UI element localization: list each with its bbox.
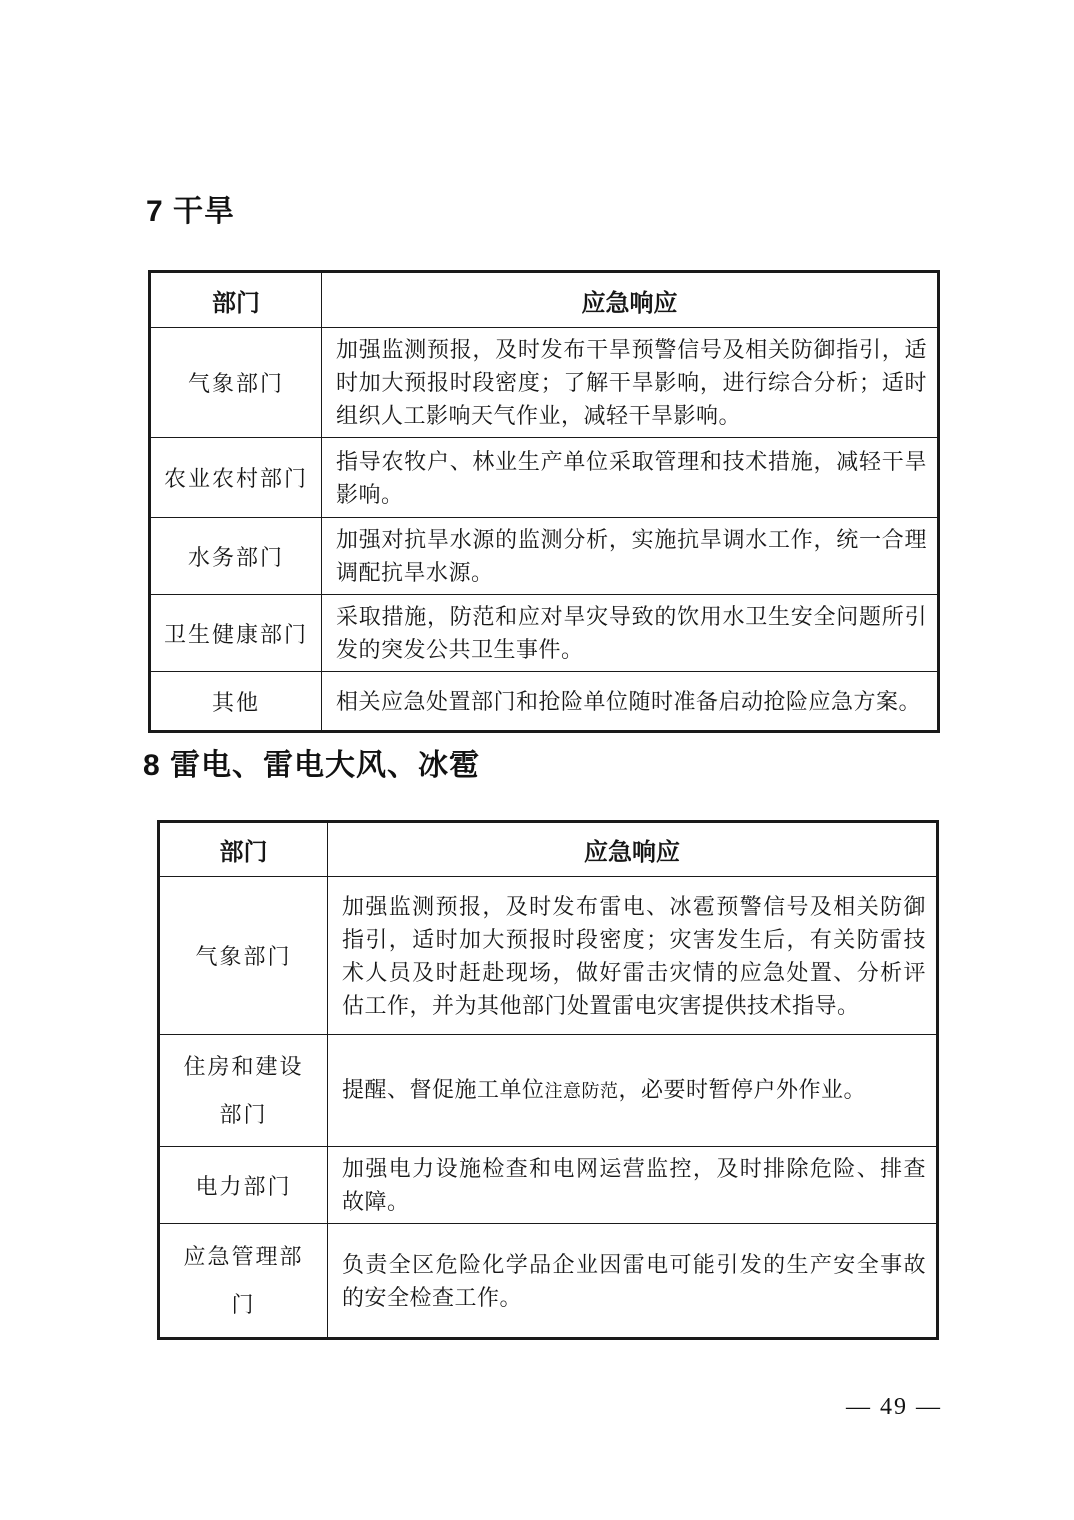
response-text: 提醒、督促施工单位 — [342, 1077, 545, 1102]
section-heading-lightning: 8 雷电、雷电大风、冰雹 — [143, 748, 480, 784]
table-row: 卫生健康部门 采取措施，防范和应对旱灾导致的饮用水卫生安全问题所引发的突发公共卫… — [150, 595, 939, 672]
response-cell: 负责全区危险化学品企业因雷电可能引发的生产安全事故的安全检查工作。 — [328, 1224, 938, 1339]
response-cell: 采取措施，防范和应对旱灾导致的饮用水卫生安全问题所引发的突发公共卫生事件。 — [322, 595, 939, 672]
document-page: 7 干旱 部门 应急响应 气象部门 加强监测预报，及时发布干旱预警信号及相关防御… — [0, 0, 1074, 1520]
response-cell: 加强对抗旱水源的监测分析，实施抗旱调水工作，统一合理调配抗旱水源。 — [322, 518, 939, 595]
department-cell: 住房和建设 部门 — [159, 1035, 328, 1147]
drought-response-table: 部门 应急响应 气象部门 加强监测预报，及时发布干旱预警信号及相关防御指引，适时… — [148, 270, 940, 733]
response-cell: 加强监测预报，及时发布雷电、冰雹预警信号及相关防御指引，适时加大预报时段密度；灾… — [328, 877, 938, 1035]
table-row: 其他 相关应急处置部门和抢险单位随时准备启动抢险应急方案。 — [150, 672, 939, 732]
response-cell: 相关应急处置部门和抢险单位随时准备启动抢险应急方案。 — [322, 672, 939, 732]
department-cell: 卫生健康部门 — [150, 595, 322, 672]
response-cell: 指导农牧户、林业生产单位采取管理和技术措施，减轻干旱影响。 — [322, 438, 939, 518]
department-cell: 农业农村部门 — [150, 438, 322, 518]
response-cell: 提醒、督促施工单位注意防范，必要时暂停户外作业。 — [328, 1035, 938, 1147]
response-cell: 加强监测预报，及时发布干旱预警信号及相关防御指引，适时加大预报时段密度；了解干旱… — [322, 328, 939, 438]
table-row: 水务部门 加强对抗旱水源的监测分析，实施抗旱调水工作，统一合理调配抗旱水源。 — [150, 518, 939, 595]
table-row: 气象部门 加强监测预报，及时发布雷电、冰雹预警信号及相关防御指引，适时加大预报时… — [159, 877, 938, 1035]
department-cell: 气象部门 — [159, 877, 328, 1035]
department-cell: 应急管理部 门 — [159, 1224, 328, 1339]
department-cell: 电力部门 — [159, 1147, 328, 1224]
department-cell: 水务部门 — [150, 518, 322, 595]
table-row: 电力部门 加强电力设施检查和电网运营监控，及时排除危险、排查故障。 — [159, 1147, 938, 1224]
response-cell: 加强电力设施检查和电网运营监控，及时排除危险、排查故障。 — [328, 1147, 938, 1224]
column-header-department: 部门 — [150, 272, 322, 328]
table-header-row: 部门 应急响应 — [150, 272, 939, 328]
column-header-response: 应急响应 — [328, 822, 938, 877]
department-cell: 气象部门 — [150, 328, 322, 438]
response-small-text: 注意防范 — [545, 1081, 619, 1101]
table-header-row: 部门 应急响应 — [159, 822, 938, 877]
column-header-department: 部门 — [159, 822, 328, 877]
table-row: 住房和建设 部门 提醒、督促施工单位注意防范，必要时暂停户外作业。 — [159, 1035, 938, 1147]
table-row: 应急管理部 门 负责全区危险化学品企业因雷电可能引发的生产安全事故的安全检查工作… — [159, 1224, 938, 1339]
table-row: 农业农村部门 指导农牧户、林业生产单位采取管理和技术措施，减轻干旱影响。 — [150, 438, 939, 518]
section-heading-drought: 7 干旱 — [146, 194, 235, 230]
department-cell: 其他 — [150, 672, 322, 732]
response-text: ，必要时暂停户外作业。 — [619, 1077, 867, 1102]
lightning-response-table: 部门 应急响应 气象部门 加强监测预报，及时发布雷电、冰雹预警信号及相关防御指引… — [157, 820, 939, 1340]
column-header-response: 应急响应 — [322, 272, 939, 328]
page-number: — 49 — — [846, 1394, 942, 1421]
table-row: 气象部门 加强监测预报，及时发布干旱预警信号及相关防御指引，适时加大预报时段密度… — [150, 328, 939, 438]
